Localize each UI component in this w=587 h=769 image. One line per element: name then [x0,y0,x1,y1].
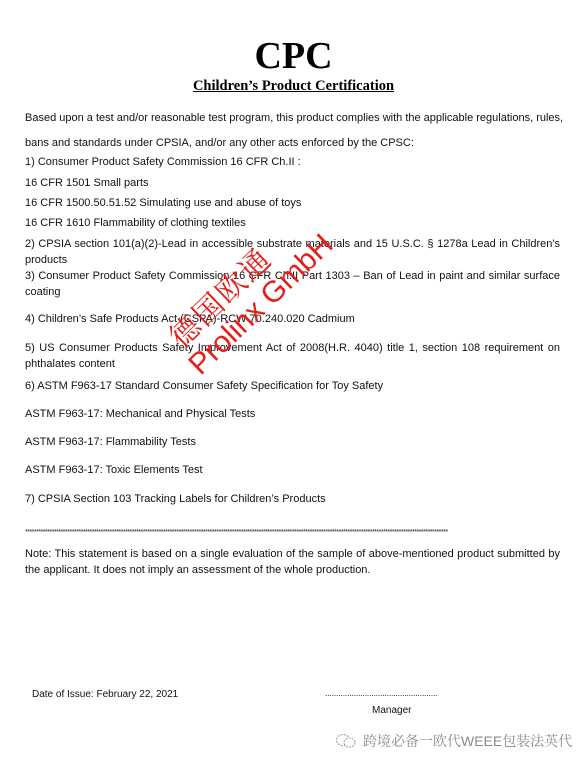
watermark-text: 跨境必备一欧代WEEE包装法英代 [363,731,572,751]
item-6a: ASTM F963-17: Mechanical and Physical Te… [25,407,255,422]
item-1b: 16 CFR 1500.50.51.52 Simulating use and … [25,196,301,211]
item-7: 7) CPSIA Section 103 Tracking Labels for… [25,492,326,507]
item-2: 2) CPSIA section 101(a)(2)-Lead in acces… [25,236,560,268]
note: Note: This statement is based on a singl… [25,546,560,578]
document-subtitle: Children’s Product Certification [0,78,587,95]
item-3: 3) Consumer Product Safety Commission 16… [25,268,560,300]
intro-line-2: bans and standards under CPSIA, and/or a… [25,136,414,151]
wechat-icon [335,733,357,749]
intro-line-1: Based upon a test and/or reasonable test… [25,111,563,126]
item-6b: ASTM F963-17: Flammability Tests [25,435,196,450]
document-title: CPC [0,36,587,76]
signature-line: ........................................… [325,688,437,698]
signer-title: Manager [372,705,411,716]
item-5: 5) US Consumer Products Safety Improveme… [25,340,560,372]
watermark: 跨境必备一欧代WEEE包装法英代 [335,731,572,751]
item-1c: 16 CFR 1610 Flammability of clothing tex… [25,216,246,231]
item-1: 1) Consumer Product Safety Commission 16… [25,155,301,170]
item-6c: ASTM F963-17: Toxic Elements Test [25,463,203,478]
item-4: 4) Children’s Safe Products Act (CSPA)-R… [25,312,355,327]
item-6: 6) ASTM F963-17 Standard Consumer Safety… [25,379,383,394]
item-1a: 16 CFR 1501 Small parts [25,176,149,191]
separator: ****************************************… [25,529,560,537]
date-of-issue: Date of Issue: February 22, 2021 [32,689,178,700]
